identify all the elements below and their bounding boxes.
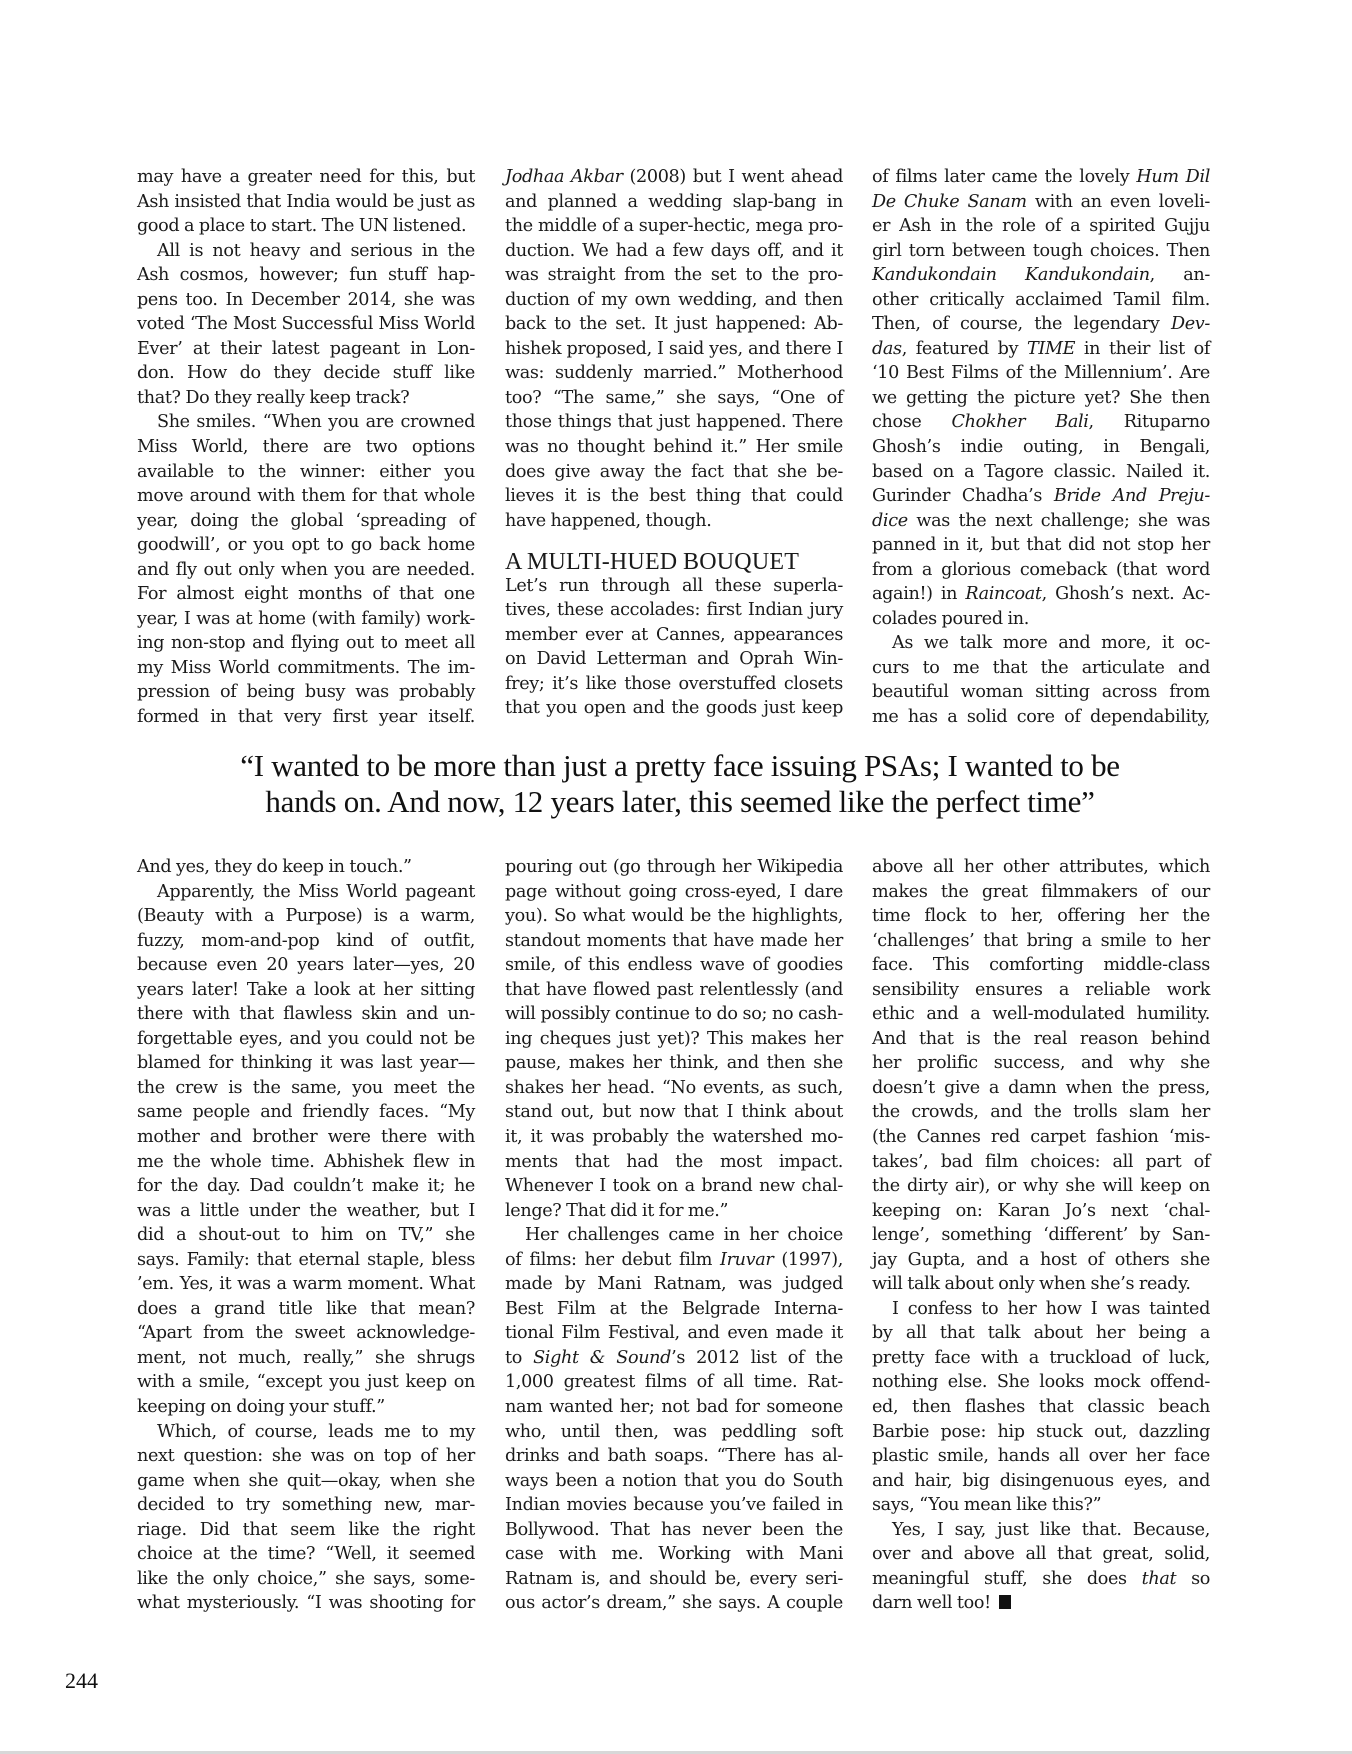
text-line: keeping on: Karan Jo’s next ‘chal- (872, 1199, 1210, 1224)
text-line: lieves it is the best thing that could (505, 484, 843, 509)
text-line: have happened, though. (505, 509, 843, 534)
text-line: based on a Tagore classic. Nailed it. (872, 460, 1210, 485)
text-line: pouring out (go through her Wikipedia (505, 855, 843, 880)
top-middle-text: Jodhaa Akbar (2008) but I went aheadand … (505, 165, 843, 533)
text-line: and planned a wedding slap-bang in (505, 190, 843, 215)
text-line: takes’, bad film choices: all part of (872, 1150, 1210, 1175)
text-line: curs to me that the articulate and (872, 656, 1210, 681)
text-line: choice at the time? “Well, it seemed (137, 1542, 475, 1567)
text-line: year, I was at home (with family) work- (137, 607, 475, 632)
text-line: year, doing the global ‘spreading of (137, 509, 475, 534)
text-line: of films later came the lovely Hum Dil (872, 165, 1210, 190)
text-line: forgettable eyes, and you could not be (137, 1027, 475, 1052)
text-line: may have a greater need for this, but (137, 165, 475, 190)
pull-quote: “I wanted to be more than just a pretty … (160, 748, 1200, 820)
text-line: nothing else. She looks mock offend- (872, 1370, 1210, 1395)
text-line: nam wanted her; not bad for someone (505, 1395, 843, 1420)
text-line: Ash cosmos, however; fun stuff hap- (137, 263, 475, 288)
text-line: me the whole time. Abhishek flew in (137, 1150, 475, 1175)
text-line: the dirty air), or why she will keep on (872, 1174, 1210, 1199)
text-line: smile, of this endless wave of goodies (505, 953, 843, 978)
text-line: will talk about only when she’s ready. (872, 1272, 1210, 1297)
text-line: time flock to her, offering her the (872, 904, 1210, 929)
text-line: the crowds, and the trolls slam her (872, 1100, 1210, 1125)
text-line: mother and brother were there with (137, 1125, 475, 1150)
text-line: fuzzy, mom-and-pop kind of outfit, (137, 929, 475, 954)
text-line: same people and friendly faces. “My (137, 1100, 475, 1125)
text-line: and fly out only when you are needed. (137, 558, 475, 583)
text-line: was no thought behind it.” Her smile (505, 435, 843, 460)
text-line: my Miss World commitments. The im- (137, 656, 475, 681)
text-line: pretty face with a truckload of luck, (872, 1346, 1210, 1371)
text-line: darn well too! (872, 1591, 1210, 1616)
pull-quote-line-1: “I wanted to be more than just a pretty … (160, 748, 1200, 784)
text-line: Her challenges came in her choice (505, 1223, 843, 1248)
text-line: ments that had the most impact. (505, 1150, 843, 1175)
text-line: beautiful woman sitting across from (872, 680, 1210, 705)
text-line: because even 20 years later—yes, 20 (137, 953, 475, 978)
text-line: Indian movies because you’ve failed in (505, 1493, 843, 1518)
text-line: girl torn between tough choices. Then (872, 239, 1210, 264)
text-line: does a grand title like that mean? (137, 1297, 475, 1322)
text-line: by all that talk about her being a (872, 1321, 1210, 1346)
text-line: (Beauty with a Purpose) is a warm, (137, 904, 475, 929)
text-line: For almost eight months of that one (137, 582, 475, 607)
top-right-column: of films later came the lovely Hum DilDe… (872, 165, 1210, 730)
pull-quote-line-2: hands on. And now, 12 years later, this … (160, 784, 1200, 820)
text-line: pression of being busy was probably (137, 680, 475, 705)
text-line: pens too. In December 2014, she was (137, 288, 475, 313)
text-line: says, “You mean like this?” (872, 1493, 1210, 1518)
section-subhead: A Multi-Hued Bouquet (505, 549, 843, 574)
text-line: riage. Did that seem like the right (137, 1518, 475, 1543)
text-line: there with that flawless skin and un- (137, 1002, 475, 1027)
text-line: duction of my own wedding, and then (505, 288, 843, 313)
text-line: Yes, I say, just like that. Because, (872, 1518, 1210, 1543)
text-line: does give away the fact that she be- (505, 460, 843, 485)
text-line: and hair, big disingenuous eyes, and (872, 1469, 1210, 1494)
text-line: Ratnam is, and should be, every seri- (505, 1567, 843, 1592)
text-line: did a shout-out to him on TV,” she (137, 1223, 475, 1248)
text-line: chose Chokher Bali, Rituparno (872, 410, 1210, 435)
text-line: tional Film Festival, and even made it (505, 1321, 843, 1346)
text-line: back to the set. It just happened: Ab- (505, 312, 843, 337)
text-line: the middle of a super-hectic, mega pro- (505, 214, 843, 239)
top-middle-text-after-subhead: Let’s run through all these superla-tive… (505, 574, 843, 721)
text-line: that? Do they really keep track? (137, 386, 475, 411)
text-line: Gurinder Chadha’s Bride And Preju- (872, 484, 1210, 509)
text-line: again!) in Raincoat, Ghosh’s next. Ac- (872, 582, 1210, 607)
text-line: Best Film at the Belgrade Interna- (505, 1297, 843, 1322)
text-line: Kandukondain Kandukondain, an- (872, 263, 1210, 288)
text-line: the crew is the same, you meet the (137, 1076, 475, 1101)
bottom-middle-column: pouring out (go through her Wikipediapag… (505, 855, 843, 1616)
text-line: that you open and the goods just keep (505, 696, 843, 721)
text-line: for the day. Dad couldn’t make it; he (137, 1174, 475, 1199)
text-line: frey; it’s like those overstuffed closet… (505, 672, 843, 697)
text-line: stand out, but now that I think about (505, 1100, 843, 1125)
text-line: And yes, they do keep in touch.” (137, 855, 475, 880)
bottom-right-column: above all her other attributes, whichmak… (872, 855, 1210, 1616)
text-line: er Ash in the role of a spirited Gujju (872, 214, 1210, 239)
text-line: Then, of course, the legendary Dev- (872, 312, 1210, 337)
end-mark-square-icon (999, 1595, 1011, 1609)
text-line: goodwill’, or you opt to go back home (137, 533, 475, 558)
text-line: too? “The same,” she says, “One of (505, 386, 843, 411)
text-line: years later! Take a look at her sitting (137, 978, 475, 1003)
text-line: with a smile, “except you just keep on (137, 1370, 475, 1395)
text-line: All is not heavy and serious in the (137, 239, 475, 264)
text-line: it, it was probably the watershed mo- (505, 1125, 843, 1150)
text-line: And that is the real reason behind (872, 1027, 1210, 1052)
text-line: page without going cross-eyed, I dare (505, 880, 843, 905)
text-line: Let’s run through all these superla- (505, 574, 843, 599)
text-line: drinks and bath soaps. “There has al- (505, 1444, 843, 1469)
text-line: ous actor’s dream,” she says. A couple (505, 1591, 843, 1616)
text-line: As we talk more and more, it oc- (872, 631, 1210, 656)
text-line: over and above all that great, solid, (872, 1542, 1210, 1567)
text-line: was straight from the set to the pro- (505, 263, 843, 288)
text-line: lenge? That did it for me.” (505, 1199, 843, 1224)
text-line: member ever at Cannes, appearances (505, 623, 843, 648)
text-line: panned in it, but that did not stop her (872, 533, 1210, 558)
text-line: Which, of course, leads me to my (137, 1420, 475, 1445)
text-line: 1,000 greatest films of all time. Rat- (505, 1370, 843, 1395)
text-line: duction. We had a few days off, and it (505, 239, 843, 264)
text-line: (the Cannes red carpet fashion ‘mis- (872, 1125, 1210, 1150)
text-line: dice was the next challenge; she was (872, 509, 1210, 534)
text-line: her prolific success, and why she (872, 1051, 1210, 1076)
text-line: colades poured in. (872, 607, 1210, 632)
text-line: voted ‘The Most Successful Miss World (137, 312, 475, 337)
text-line: das, featured by TIME in their list of (872, 337, 1210, 362)
text-line: decided to try something new, mar- (137, 1493, 475, 1518)
text-line: those things that just happened. There (505, 410, 843, 435)
text-line: ment, not much, really,” she shrugs (137, 1346, 475, 1371)
text-line: Ash insisted that India would be just as (137, 190, 475, 215)
text-line: ed, then flashes that classic beach (872, 1395, 1210, 1420)
text-line: face. This comforting middle-class (872, 953, 1210, 978)
text-line: meaningful stuff, she does that so (872, 1567, 1210, 1592)
text-line: made by Mani Ratnam, was judged (505, 1272, 843, 1297)
text-line: Whenever I took on a brand new chal- (505, 1174, 843, 1199)
text-line: shakes her head. “No events, as such, (505, 1076, 843, 1101)
bottom-left-column: And yes, they do keep in touch.”Apparent… (137, 855, 475, 1616)
text-line: tives, these accolades: first Indian jur… (505, 598, 843, 623)
text-line: Miss World, there are two options (137, 435, 475, 460)
text-line: ways been a notion that you do South (505, 1469, 843, 1494)
text-line: says. Family: that eternal staple, bless (137, 1248, 475, 1273)
text-line: Bollywood. That has never been the (505, 1518, 843, 1543)
text-line: Ghosh’s indie outing, in Bengali, (872, 435, 1210, 460)
text-line: next question: she was on top of her (137, 1444, 475, 1469)
text-line: other critically acclaimed Tamil film. (872, 288, 1210, 313)
text-line: that have flowed past relentlessly (and (505, 978, 843, 1003)
text-line: ing cheques just yet)? This makes her (505, 1027, 843, 1052)
text-line: De Chuke Sanam with an even loveli- (872, 190, 1210, 215)
text-line: like the only choice,” she says, some- (137, 1567, 475, 1592)
text-line: was: suddenly married.” Motherhood (505, 361, 843, 386)
text-line: She smiles. “When you are crowned (137, 410, 475, 435)
text-line: above all her other attributes, which (872, 855, 1210, 880)
text-line: move around with them for that whole (137, 484, 475, 509)
text-line: what mysteriously. “I was shooting for (137, 1591, 475, 1616)
text-line: case with me. Working with Mani (505, 1542, 843, 1567)
text-line: of films: her debut film Iruvar (1997), (505, 1248, 843, 1273)
text-line: available to the winner: either you (137, 460, 475, 485)
text-line: on David Letterman and Oprah Win- (505, 647, 843, 672)
text-line: Barbie pose: hip stuck out, dazzling (872, 1420, 1210, 1445)
text-line: lenge’, something ‘different’ by San- (872, 1223, 1210, 1248)
text-line: will possibly continue to do so; no cash… (505, 1002, 843, 1027)
text-line: hishek proposed, I said yes, and there I (505, 337, 843, 362)
top-left-column: may have a greater need for this, butAsh… (137, 165, 475, 730)
text-line: makes the great filmmakers of our (872, 880, 1210, 905)
text-line: I confess to her how I was tainted (872, 1297, 1210, 1322)
text-line: was a little under the weather, but I (137, 1199, 475, 1224)
text-line: jay Gupta, and a host of others she (872, 1248, 1210, 1273)
text-line: from a glorious comeback (that word (872, 558, 1210, 583)
text-line: ethic and a well-modulated humility. (872, 1002, 1210, 1027)
text-line: Jodhaa Akbar (2008) but I went ahead (505, 165, 843, 190)
text-line: Apparently, the Miss World pageant (137, 880, 475, 905)
text-line: ing non-stop and flying out to meet all (137, 631, 475, 656)
text-line: ‘10 Best Films of the Millennium’. Are (872, 361, 1210, 386)
text-line: ’em. Yes, it was a warm moment. What (137, 1272, 475, 1297)
text-line: we getting the picture yet? She then (872, 386, 1210, 411)
text-line: Ever’ at their latest pageant in Lon- (137, 337, 475, 362)
page-number: 244 (65, 1668, 98, 1694)
text-line: sensibility ensures a reliable work (872, 978, 1210, 1003)
text-line: plastic smile, hands all over her face (872, 1444, 1210, 1469)
text-line: good a place to start. The UN listened. (137, 214, 475, 239)
text-line: keeping on doing your stuff.” (137, 1395, 475, 1420)
text-line: formed in that very first year itself. (137, 705, 475, 730)
text-line: game when she quit—okay, when she (137, 1469, 475, 1494)
text-line: ‘challenges’ that bring a smile to her (872, 929, 1210, 954)
text-line: who, until then, was peddling soft (505, 1420, 843, 1445)
text-line: “Apart from the sweet acknowledge- (137, 1321, 475, 1346)
text-line: me has a solid core of dependability, (872, 705, 1210, 730)
text-line: don. How do they decide stuff like (137, 361, 475, 386)
text-line: you). So what would be the highlights, (505, 904, 843, 929)
text-line: to Sight & Sound’s 2012 list of the (505, 1346, 843, 1371)
text-line: standout moments that have made her (505, 929, 843, 954)
spacer (505, 533, 843, 549)
text-line: blamed for thinking it was last year— (137, 1051, 475, 1076)
top-middle-column: Jodhaa Akbar (2008) but I went aheadand … (505, 165, 843, 721)
text-line: doesn’t give a damn when the press, (872, 1076, 1210, 1101)
text-line: pause, makes her think, and then she (505, 1051, 843, 1076)
